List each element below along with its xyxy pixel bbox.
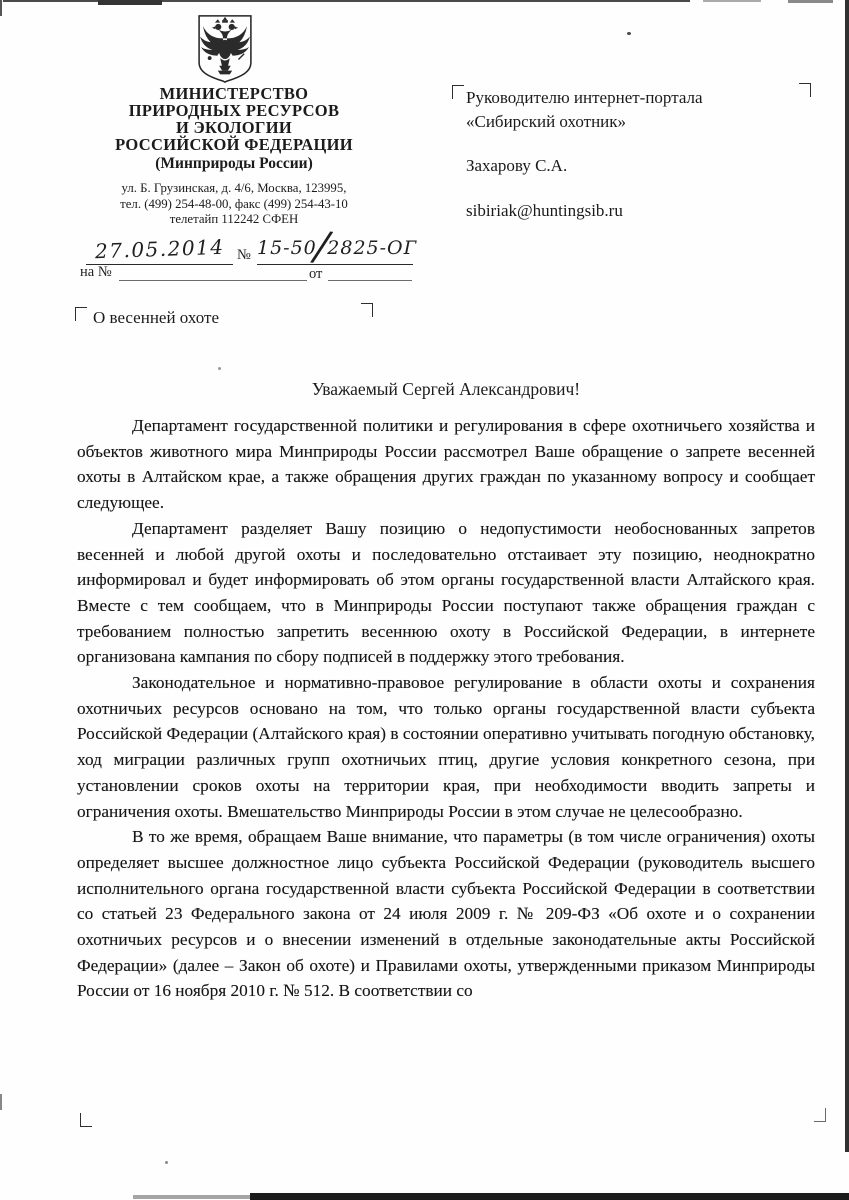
scan-artifact-bottom-bar-light: [133, 1195, 253, 1199]
ministry-address-line1: ул. Б. Грузинская, д. 4/6, Москва, 12399…: [58, 181, 410, 197]
reply-to-number-label: на №: [80, 264, 112, 281]
reply-number-blank-line: [119, 252, 307, 281]
scan-artifact-bottom-bar-dark: [250, 1193, 849, 1200]
body-paragraph: Департамент государственной политики и р…: [77, 413, 815, 516]
letter-number-slash: /: [315, 246, 329, 248]
scan-artifact-top-faint: [703, 0, 761, 2]
bottom-corner-mark-left: [80, 1113, 92, 1127]
body-paragraph: Законодательное и нормативно-правовое ре…: [77, 670, 815, 824]
ministry-short-name: (Минприроды России): [58, 155, 410, 172]
coat-of-arms-icon: [196, 13, 254, 84]
body-paragraph: Департамент разделяет Вашу позицию о нед…: [77, 516, 815, 670]
scan-artifact-right-edge: [845, 0, 849, 1152]
scan-artifact-top-blob: [98, 0, 162, 5]
scan-speck: [218, 367, 221, 370]
letterhead: МИНИСТЕРСТВО ПРИРОДНЫХ РЕСУРСОВ И ЭКОЛОГ…: [58, 85, 410, 228]
ministry-name-line: ПРИРОДНЫХ РЕСУРСОВ: [58, 102, 410, 119]
scan-artifact-top-right: [788, 0, 833, 3]
body-paragraph: В то же время, обращаем Ваше внимание, ч…: [77, 824, 815, 1004]
scanned-letter-page: МИНИСТЕРСТВО ПРИРОДНЫХ РЕСУРСОВ И ЭКОЛОГ…: [0, 0, 849, 1200]
reply-date-blank-line: [328, 252, 412, 281]
subject-corner-mark-right: [361, 303, 373, 317]
scan-artifact-left-tick: [0, 0, 2, 16]
recipient-email: sibiriak@huntingsib.ru: [466, 199, 801, 223]
ministry-address-line3: телетайп 112242 СФЕН: [58, 212, 410, 228]
subject-corner-mark-left: [75, 307, 87, 321]
ministry-address-line2: тел. (499) 254-48-00, факс (499) 254-43-…: [58, 197, 410, 213]
reply-from-date-label: от: [309, 266, 322, 283]
scan-artifact-left-tick2: [0, 1094, 2, 1110]
ministry-name-line: РОССИЙСКОЙ ФЕДЕРАЦИИ: [58, 136, 410, 153]
scan-speck: [627, 32, 631, 35]
salutation: Уважаемый Сергей Александрович!: [77, 379, 815, 400]
ministry-name-line: И ЭКОЛОГИИ: [58, 119, 410, 136]
recipient-title-line2: «Сибирский охотник»: [466, 110, 801, 134]
recipient-block: Руководителю интернет-портала «Сибирский…: [466, 86, 801, 223]
recipient-title-line1: Руководителю интернет-портала: [466, 86, 801, 110]
letter-subject: О весенней охоте: [93, 308, 219, 328]
letter-body: Департамент государственной политики и р…: [77, 413, 815, 1004]
bottom-corner-mark-right: [814, 1108, 826, 1122]
scan-speck: [165, 1161, 168, 1164]
ministry-name-line: МИНИСТЕРСТВО: [58, 85, 410, 102]
recipient-name: Захарову С.А.: [466, 154, 801, 178]
recipient-corner-mark-left: [452, 85, 464, 99]
